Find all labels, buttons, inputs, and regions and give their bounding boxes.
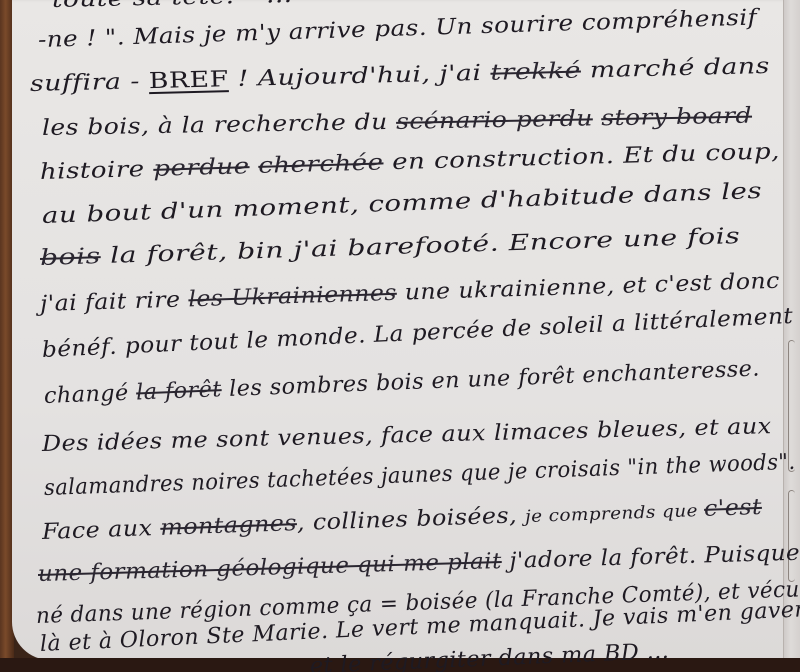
text-segment: marché dans (581, 54, 770, 84)
crossed-out-word: cherchée (258, 150, 384, 178)
crossed-out-word: montagnes (160, 511, 297, 541)
crossed-out-word: bois (40, 244, 101, 271)
binding-seam (788, 490, 795, 582)
text-segment: changé (44, 380, 137, 409)
crossed-out-word: scénario perdu (396, 106, 593, 134)
text-segment: j'ai fait rire (40, 287, 189, 317)
crossed-out-word: trekké (490, 59, 581, 86)
underlined-word: BREF (149, 67, 229, 94)
crossed-out-word: perdue (153, 154, 250, 182)
text-segment: suffira - (30, 69, 149, 97)
crossed-out-word: c'est (704, 495, 763, 522)
crossed-out-word: story board (601, 104, 752, 132)
text-segment: Face aux (42, 516, 161, 545)
text-segment: histoire (40, 157, 154, 185)
crossed-out-word: la forêt (136, 377, 222, 405)
